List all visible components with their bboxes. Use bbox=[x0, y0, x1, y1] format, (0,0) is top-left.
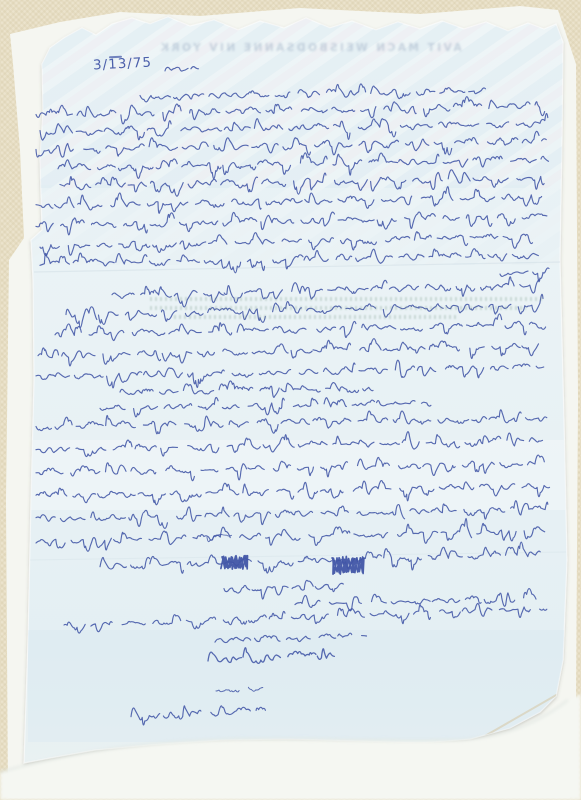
typed-text-bleedthrough bbox=[150, 297, 542, 324]
letter-scan-svg bbox=[0, 0, 581, 800]
tonal-band-blue bbox=[28, 630, 573, 742]
typed-text-bleedthrough-line bbox=[150, 306, 526, 310]
typed-text-bleedthrough-line bbox=[150, 297, 542, 301]
typed-text-bleedthrough-line bbox=[174, 315, 456, 319]
letterhead-bleedthrough: AVIT MACN WEISBODSANNE NIV YORK bbox=[98, 40, 522, 56]
tonal-band-light bbox=[30, 440, 570, 510]
scanned-letter: AVIT MACN WEISBODSANNE NIV YORK 3/13/75 bbox=[0, 0, 581, 800]
date-text: 3/13/75 bbox=[93, 54, 153, 73]
